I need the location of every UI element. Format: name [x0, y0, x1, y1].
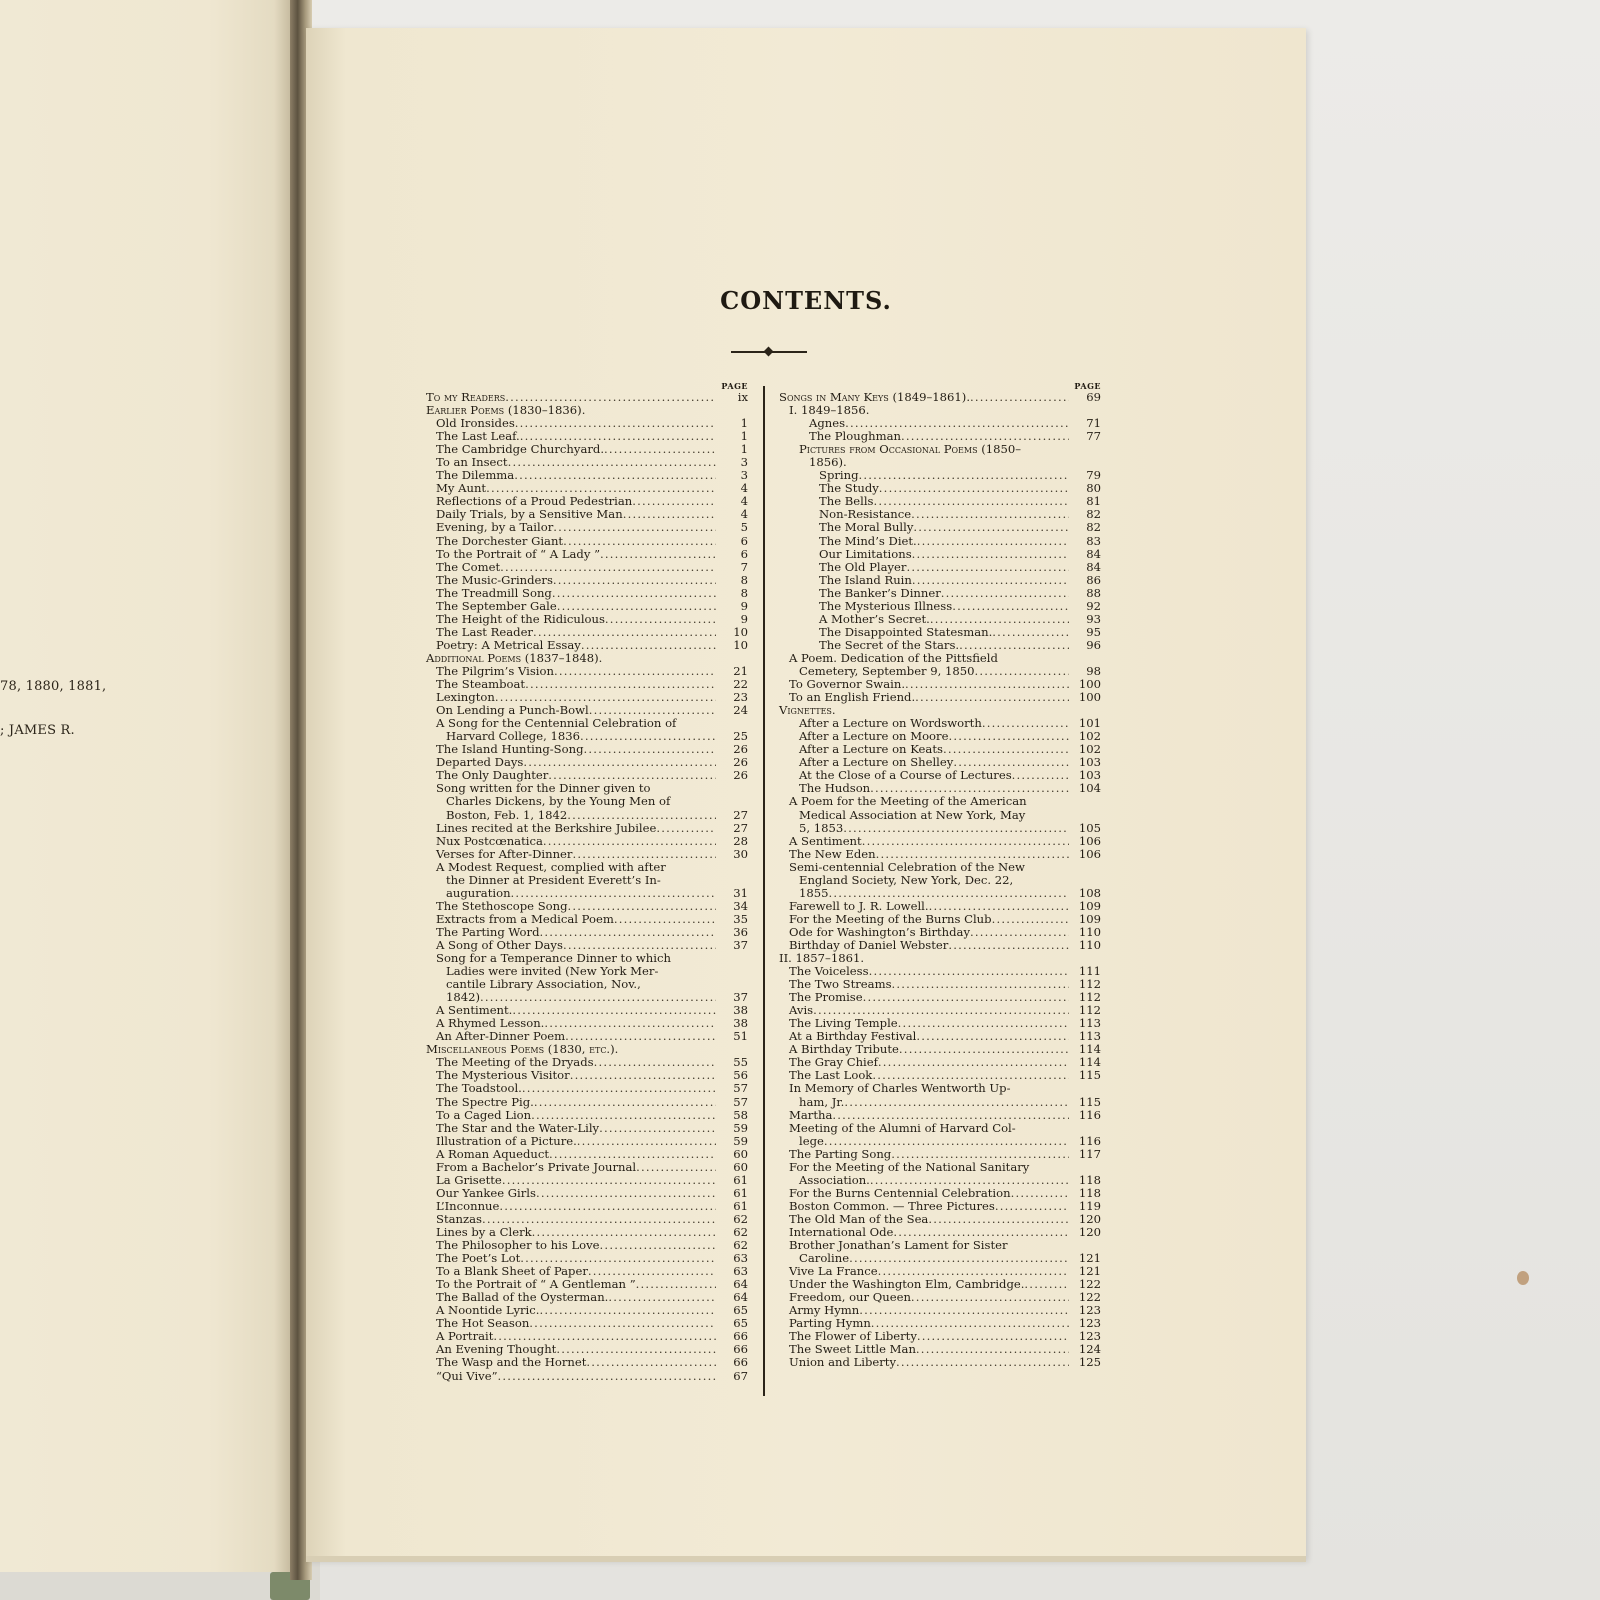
toc-entry-title: The Pilgrim’s Vision — [436, 664, 554, 678]
toc-entry-title: Boston, Feb. 1, 1842 — [446, 808, 567, 822]
toc-page-number: 69 — [1069, 391, 1101, 404]
toc-entry-title: Song written for the Dinner given to — [436, 781, 651, 795]
dot-leader: ........................................… — [600, 1239, 716, 1252]
toc-entry-title: 5, 1853 — [799, 821, 843, 835]
toc-entry-title: Charles Dickens, by the Young Men of — [446, 794, 670, 808]
dot-leader: ........................................… — [480, 991, 716, 1004]
dot-leader: ........................................… — [899, 1043, 1069, 1056]
toc-entry-title: An After-Dinner Poem — [436, 1029, 565, 1043]
toc-entry-title: Old Ironsides — [436, 416, 515, 430]
dot-leader: ........................................… — [539, 1304, 716, 1317]
toc-page-number: 58 — [716, 1109, 748, 1122]
toc-page-number: 110 — [1069, 926, 1101, 939]
dot-leader: ........................................… — [862, 835, 1069, 848]
toc-page-number: 31 — [716, 887, 748, 900]
dot-leader: ........................................… — [916, 1030, 1069, 1043]
toc-entry-title: Daily Trials, by a Sensitive Man — [436, 507, 623, 521]
toc-page-number: 83 — [1069, 535, 1101, 548]
toc-page-number: 27 — [716, 822, 748, 835]
dot-leader: ........................................… — [534, 1096, 716, 1109]
toc-entry-title: The Spectre Pig. — [436, 1095, 534, 1109]
toc-page-number: 84 — [1069, 548, 1101, 561]
dot-leader: ........................................… — [623, 508, 716, 521]
dot-leader: ........................................… — [604, 443, 716, 456]
dot-leader: ........................................… — [570, 1069, 716, 1082]
dot-leader: ........................................… — [594, 1056, 716, 1069]
toc-page-number: 104 — [1069, 782, 1101, 795]
toc-entry-title: A Modest Request, complied with after — [436, 860, 666, 874]
toc-entry-title: To a Blank Sheet of Paper — [436, 1264, 588, 1278]
dot-leader: ........................................… — [843, 822, 1069, 835]
toc-entry-title: Song for a Temperance Dinner to which — [436, 951, 671, 965]
dot-leader: ........................................… — [552, 587, 716, 600]
toc-entry-title: Vive La France — [789, 1264, 878, 1278]
dot-leader: ........................................… — [508, 456, 716, 469]
toc-entry-title: Songs in Many Keys (1849–1861). — [779, 390, 970, 404]
toc-page-number: 30 — [716, 848, 748, 861]
toc-entry-title: The Two Streams — [789, 977, 892, 991]
toc-entry-title: The Star and the Water-Lily — [436, 1121, 599, 1135]
dot-leader: ........................................… — [515, 417, 716, 430]
toc-page-number: 119 — [1069, 1200, 1101, 1213]
dot-leader: ........................................… — [943, 743, 1069, 756]
toc-entry-title: lege — [799, 1134, 824, 1148]
toc-page-number: 51 — [716, 1030, 748, 1043]
dot-leader: ........................................… — [915, 691, 1069, 704]
toc-page-number: 34 — [716, 900, 748, 913]
toc-entry-title: The Comet — [436, 560, 500, 574]
toc-page-number: 116 — [1069, 1135, 1101, 1148]
toc-entry-title: For the Meeting of the National Sanitary — [789, 1160, 1029, 1174]
toc-entry-title: Our Limitations — [819, 547, 912, 561]
toc-page-number: 28 — [716, 835, 748, 848]
toc-page-number: 66 — [716, 1356, 748, 1369]
toc-entry-title: The Mysterious Illness — [819, 599, 952, 613]
toc-entry-title: The Disappointed Statesman. — [819, 625, 992, 639]
toc-entry-title: A Mother’s Secret. — [819, 612, 930, 626]
toc-page-number: 8 — [716, 587, 748, 600]
dot-leader: ........................................… — [941, 587, 1069, 600]
dot-leader: ........................................… — [498, 1370, 716, 1383]
toc-page-number: 60 — [716, 1148, 748, 1161]
toc-entry-title: The Last Leaf. — [436, 429, 520, 443]
dot-leader: ........................................… — [514, 469, 716, 482]
toc-entry-title: A Noontide Lyric. — [436, 1303, 539, 1317]
toc-entry-title: Agnes — [809, 416, 845, 430]
dot-leader: ........................................… — [917, 1330, 1069, 1343]
toc-entry-title: The Ballad of the Oysterman. — [436, 1290, 608, 1304]
toc-entry-title: A Sentiment — [789, 834, 862, 848]
toc-entry-title: Parting Hymn — [789, 1316, 871, 1330]
toc-entry-title: In Memory of Charles Wentworth Up- — [789, 1081, 1011, 1095]
toc-entry-title: The Music-Grinders — [436, 573, 553, 587]
toc-entry-title: Brother Jonathan’s Lament for Sister — [789, 1238, 1008, 1252]
toc-entry-title: The Poet’s Lot — [436, 1251, 520, 1265]
toc-entry-title: Medical Association at New York, May — [799, 808, 1025, 822]
dot-leader: ........................................… — [584, 743, 717, 756]
toc-page-number: 120 — [1069, 1226, 1101, 1239]
toc-page-number: 115 — [1069, 1069, 1101, 1082]
toc-entry-title: For the Meeting of the Burns Club — [789, 912, 992, 926]
toc-entry-title: The Philosopher to his Love — [436, 1238, 600, 1252]
dot-leader: ........................................… — [948, 730, 1069, 743]
toc-page-number: 24 — [716, 704, 748, 717]
dot-leader: ........................................… — [916, 1343, 1069, 1356]
toc-page-number: 9 — [716, 613, 748, 626]
toc-entry-title: Nux Postcœnatica — [436, 834, 543, 848]
dot-leader: ........................................… — [586, 1356, 716, 1369]
dot-leader: ........................................… — [614, 913, 716, 926]
toc-entry-title: After a Lecture on Moore — [799, 729, 948, 743]
dot-leader: ........................................… — [905, 678, 1069, 691]
dot-leader: ........................................… — [911, 1291, 1069, 1304]
toc-page-number: 82 — [1069, 521, 1101, 534]
toc-entry-title: The Mind’s Diet. — [819, 534, 917, 548]
toc-entry-title: Evening, by a Tailor — [436, 520, 553, 534]
dot-leader: ........................................… — [1024, 1278, 1069, 1291]
toc-entry-title: The Dorchester Giant — [436, 534, 563, 548]
toc-entry-title: The Wasp and the Hornet — [436, 1355, 586, 1369]
toc-entry-title: Caroline — [799, 1251, 849, 1265]
dot-leader: ........................................… — [529, 1317, 716, 1330]
toc-entry-title: Ode for Washington’s Birthday — [789, 925, 970, 939]
dot-leader: ........................................… — [608, 1291, 716, 1304]
toc-entry-title: A Portrait — [436, 1329, 493, 1343]
dot-leader: ........................................… — [912, 548, 1069, 561]
dot-leader: ........................................… — [636, 1278, 716, 1291]
dot-leader: ........................................… — [1011, 1187, 1069, 1200]
dot-leader: ........................................… — [525, 678, 716, 691]
toc-page-number: 106 — [1069, 835, 1101, 848]
toc-page-number: 37 — [716, 939, 748, 952]
toc-entry-title: On Lending a Punch-Bowl — [436, 703, 589, 717]
toc-entry-title: Lines by a Clerk — [436, 1225, 532, 1239]
toc-page-number: 6 — [716, 548, 748, 561]
dot-leader: ........................................… — [849, 1252, 1069, 1265]
toc-entry-title: The Last Reader — [436, 625, 533, 639]
toc-entry-title: The Toadstool. — [436, 1081, 522, 1095]
page-title: CONTENTS. — [306, 286, 1306, 315]
toc-entry-title: After a Lecture on Shelley — [799, 755, 953, 769]
toc-entry-title: Our Yankee Girls — [436, 1186, 536, 1200]
toc-page-number: 86 — [1069, 574, 1101, 587]
dot-leader: ........................................… — [952, 600, 1069, 613]
toc-entry-title: The New Eden — [789, 847, 876, 861]
toc-page-number: 59 — [716, 1122, 748, 1135]
dot-leader: ........................................… — [600, 548, 716, 561]
toc-page-number: 27 — [716, 809, 748, 822]
toc-entry-title: The Banker’s Dinner — [819, 586, 941, 600]
toc-page-number: 10 — [716, 639, 748, 652]
toc-entry-title: the Dinner at President Everett’s In- — [446, 873, 661, 887]
dot-leader: ........................................… — [906, 561, 1069, 574]
toc-page-number: 6 — [716, 535, 748, 548]
dot-leader: ........................................… — [898, 1017, 1069, 1030]
dot-leader: ........................................… — [844, 1096, 1069, 1109]
contents-page: CONTENTS. PAGE To my Readers ...........… — [306, 28, 1306, 1560]
dot-leader: ........................................… — [499, 1200, 716, 1213]
toc-entry: “Qui Vive” .............................… — [426, 1370, 748, 1383]
contents-right-column: PAGE Songs in Many Keys (1849–1861). ...… — [779, 380, 1101, 1370]
toc-entry-title: II. 1857–1861. — [779, 951, 864, 965]
dot-leader: ........................................… — [896, 1356, 1069, 1369]
toc-entry-title: After a Lecture on Wordsworth — [799, 716, 982, 730]
toc-entry-title: The Steamboat — [436, 677, 525, 691]
toc-entry-title: The Study — [819, 481, 879, 495]
dot-leader: ........................................… — [863, 991, 1069, 1004]
toc-entry-title: The Parting Song — [789, 1147, 891, 1161]
dot-leader: ........................................… — [599, 1122, 716, 1135]
toc-page-number: 109 — [1069, 900, 1101, 913]
dot-leader: ........................................… — [992, 913, 1069, 926]
toc-entry-title: At a Birthday Festival — [789, 1029, 916, 1043]
dot-leader: ........................................… — [995, 1200, 1069, 1213]
dot-leader: ........................................… — [544, 1017, 716, 1030]
dot-leader: ........................................… — [554, 665, 716, 678]
toc-entry-title: Birthday of Daniel Webster — [789, 938, 948, 952]
toc-entry-title: Cemetery, September 9, 1850 — [799, 664, 975, 678]
toc-page-number: 57 — [716, 1082, 748, 1095]
dot-leader: ........................................… — [992, 626, 1069, 639]
toc-entry-title: A Song of Other Days — [436, 938, 563, 952]
toc-entry: Union and Liberty ......................… — [779, 1356, 1101, 1369]
toc-entry: The Promise ............................… — [779, 991, 1101, 1004]
toc-entry-title: The Height of the Ridiculous — [436, 612, 605, 626]
toc-entry-title: International Ode — [789, 1225, 893, 1239]
toc-entry-title: Army Hymn — [789, 1303, 859, 1317]
toc-entry: Meeting of the Alumni of Harvard Col- — [779, 1122, 1101, 1135]
toc-page-number: 61 — [716, 1187, 748, 1200]
foxing-stain — [1517, 1271, 1529, 1285]
toc-entry-title: Semi-centennial Celebration of the New — [789, 860, 1025, 874]
toc-entry-title: An Evening Thought — [436, 1342, 556, 1356]
toc-entry-title: The Voiceless — [789, 964, 869, 978]
toc-page-number: 59 — [716, 1135, 748, 1148]
toc-entry-title: A Sentiment. — [436, 1003, 512, 1017]
toc-entry-title: The Hot Season — [436, 1316, 529, 1330]
toc-page-number: 36 — [716, 926, 748, 939]
dot-leader: ........................................… — [577, 1135, 716, 1148]
toc-page-number: 60 — [716, 1161, 748, 1174]
toc-entry-title: The Old Player — [819, 560, 906, 574]
toc-entry-title: Extracts from a Medical Poem — [436, 912, 614, 926]
toc-entry-title: Boston Common. — Three Pictures — [789, 1199, 995, 1213]
toc-page-number: 57 — [716, 1096, 748, 1109]
toc-entry-title: To an Insect — [436, 455, 508, 469]
toc-entry-title: To a Caged Lion — [436, 1108, 531, 1122]
toc-entry-title: ham, Jr. — [799, 1095, 844, 1109]
toc-entry-title: The Parting Word — [436, 925, 540, 939]
toc-entry-title: The Mysterious Visitor — [436, 1068, 570, 1082]
toc-entry-title: To my Readers — [426, 390, 505, 404]
ornament-rule-icon — [731, 346, 807, 358]
left-page-fragment: ; JAMES R. — [0, 723, 75, 738]
toc-page-number: 125 — [1069, 1356, 1101, 1369]
toc-page-number: 109 — [1069, 913, 1101, 926]
toc-entry-title: Illustration of a Picture. — [436, 1134, 577, 1148]
dot-leader: ........................................… — [540, 926, 717, 939]
dot-leader: ........................................… — [580, 730, 716, 743]
dot-leader: ........................................… — [523, 756, 716, 769]
dot-leader: ........................................… — [632, 495, 716, 508]
toc-entry-title: To the Portrait of “ A Gentleman ” — [436, 1277, 636, 1291]
toc-entry-title: After a Lecture on Keats — [799, 742, 943, 756]
toc-entry-title: Harvard College, 1836 — [446, 729, 580, 743]
toc-page-number: 118 — [1069, 1187, 1101, 1200]
toc-entry-title: A Poem for the Meeting of the American — [789, 794, 1027, 808]
toc-entry-title: The September Gale — [436, 599, 557, 613]
toc-entry-title: The Island Hunting-Song — [436, 742, 584, 756]
toc-entry-title: The Hudson — [799, 781, 870, 795]
toc-entry-title: Meeting of the Alumni of Harvard Col- — [789, 1121, 1016, 1135]
toc-entry-title: The Living Temple — [789, 1016, 898, 1030]
toc-page-number: 100 — [1069, 691, 1101, 704]
toc-entry-title: Additional Poems (1837–1848). — [426, 651, 602, 665]
toc-entry-title: A Roman Aqueduct — [436, 1147, 549, 1161]
dot-leader: ........................................… — [656, 822, 716, 835]
contents-left-column: PAGE To my Readers .....................… — [426, 380, 748, 1383]
dot-leader: ........................................… — [928, 1213, 1069, 1226]
dot-leader: ........................................… — [982, 717, 1069, 730]
toc-page-number: 117 — [1069, 1148, 1101, 1161]
dot-leader: ........................................… — [536, 1187, 716, 1200]
toc-page-number: 77 — [1069, 430, 1101, 443]
toc-page-number: 7 — [716, 561, 748, 574]
toc-entry-title: Vignettes. — [779, 703, 836, 717]
toc-entry-title: The Ploughman — [809, 429, 901, 443]
toc-entry-title: The Only Daughter — [436, 768, 548, 782]
left-page-fragment: 78, 1880, 1881, — [0, 679, 106, 694]
toc-page-number: 8 — [716, 574, 748, 587]
toc-entry-title: The Dilemma — [436, 468, 514, 482]
toc-entry-title: The Moral Bully — [819, 520, 913, 534]
toc-entry-title: To an English Friend. — [789, 690, 915, 704]
toc-page-number: 10 — [716, 626, 748, 639]
dot-leader: ........................................… — [913, 521, 1069, 534]
toc-entry-title: Stanzas — [436, 1212, 482, 1226]
toc-entry-title: Lines recited at the Berkshire Jubilee — [436, 821, 656, 835]
toc-page-number: 26 — [716, 769, 748, 782]
toc-entry-title: The Stethoscope Song — [436, 899, 568, 913]
toc-entry-title: A Poem. Dedication of the Pittsfield — [789, 651, 998, 665]
toc-page-number: 110 — [1069, 939, 1101, 952]
toc-entry-title: The Meeting of the Dryads — [436, 1055, 594, 1069]
toc-entry-title: Martha — [789, 1108, 832, 1122]
toc-entry-title: 1842) — [446, 990, 480, 1004]
toc-entry-title: My Aunt — [436, 481, 486, 495]
toc-entry-title: The Gray Chief — [789, 1055, 878, 1069]
dot-leader: ........................................… — [522, 1082, 716, 1095]
toc-entry-title: Avis — [789, 1003, 813, 1017]
toc-entry-title: A Rhymed Lesson. — [436, 1016, 544, 1030]
toc-page-number: 92 — [1069, 600, 1101, 613]
toc-entry-title: “Qui Vive” — [436, 1369, 498, 1383]
toc-entry-title: Farewell to J. R. Lowell. — [789, 899, 929, 913]
dot-leader: ........................................… — [859, 1304, 1069, 1317]
toc-page-number: 118 — [1069, 1174, 1101, 1187]
toc-page-number: 84 — [1069, 561, 1101, 574]
toc-page-number: 61 — [716, 1174, 748, 1187]
toc-entry-title: The Flower of Liberty — [789, 1329, 917, 1343]
toc-entry-title: Earlier Poems (1830–1836). — [426, 403, 585, 417]
dot-leader: ........................................… — [636, 1161, 716, 1174]
dot-leader: ........................................… — [879, 482, 1069, 495]
toc-entry-title: Freedom, our Queen — [789, 1290, 911, 1304]
toc-entry-title: The Secret of the Stars. — [819, 638, 959, 652]
toc-entry-title: The Last Look — [789, 1068, 872, 1082]
toc-entry-title: The Promise — [789, 990, 863, 1004]
toc-entry-title: The Old Man of the Sea — [789, 1212, 928, 1226]
dot-leader: ........................................… — [1012, 769, 1069, 782]
dot-leader: ........................................… — [553, 521, 716, 534]
toc-entry-title: England Society, New York, Dec. 22, — [799, 873, 1013, 887]
dot-leader: ........................................… — [892, 978, 1069, 991]
dot-leader: ........................................… — [605, 613, 716, 626]
dot-leader: ........................................… — [869, 965, 1069, 978]
toc-page-number: 105 — [1069, 822, 1101, 835]
toc-page-number: 96 — [1069, 639, 1101, 652]
toc-page-number: 88 — [1069, 587, 1101, 600]
toc-entry-title: The Island Ruin — [819, 573, 912, 587]
toc-entry-title: cantile Library Association, Nov., — [446, 977, 641, 991]
dot-leader: ........................................… — [553, 574, 716, 587]
toc-entry-title: Ladies were invited (New York Mer- — [446, 964, 658, 978]
toc-page-number: 61 — [716, 1200, 748, 1213]
dot-leader: ........................................… — [911, 508, 1069, 521]
toc-entry-title: To the Portrait of “ A Lady ” — [436, 547, 600, 561]
toc-page-number: 108 — [1069, 887, 1101, 900]
toc-entry-title: The Cambridge Churchyard. — [436, 442, 604, 456]
toc-entry-title: A Birthday Tribute — [789, 1042, 899, 1056]
toc-entry-title: The Treadmill Song — [436, 586, 552, 600]
toc-entry-title: Non-Resistance — [819, 507, 911, 521]
toc-entry-title: Association. — [799, 1173, 870, 1187]
toc-entry-title: Reflections of a Proud Pedestrian — [436, 494, 632, 508]
toc-page-number: 5 — [716, 521, 748, 534]
toc-entry-title: Union and Liberty — [789, 1355, 896, 1369]
toc-page-number: 115 — [1069, 1096, 1101, 1109]
toc-page-number: 116 — [1069, 1109, 1101, 1122]
dot-leader: ........................................… — [859, 469, 1069, 482]
toc-entry-title: Departed Days — [436, 755, 523, 769]
toc-entry-title: L’Inconnue — [436, 1199, 499, 1213]
dot-leader: ........................................… — [970, 391, 1069, 404]
toc-entry-title: Pictures from Occasional Poems (1850– — [799, 442, 1021, 456]
toc-entry-title: auguration — [446, 886, 511, 900]
toc-page-number: 9 — [716, 600, 748, 613]
dot-leader: ........................................… — [948, 939, 1069, 952]
toc-entry-title: Spring — [819, 468, 859, 482]
toc-entry-title: 1856). — [809, 455, 847, 469]
dot-leader: ........................................… — [878, 1056, 1069, 1069]
dot-leader: ........................................… — [970, 926, 1069, 939]
toc-entry-title: La Grisette — [436, 1173, 502, 1187]
toc-entry-title: The Sweet Little Man — [789, 1342, 916, 1356]
toc-entry-title: Lexington — [436, 690, 495, 704]
dot-leader: ........................................… — [975, 665, 1069, 678]
toc-entry-title: Miscellaneous Poems (1830, etc.). — [426, 1042, 618, 1056]
toc-entry-title: The Bells — [819, 494, 874, 508]
toc-page-number: ix — [716, 391, 748, 404]
toc-entry-title: From a Bachelor’s Private Journal — [436, 1160, 636, 1174]
left-page: 78, 1880, 1881, ; JAMES R. — [0, 0, 298, 1572]
toc-page-number: 35 — [716, 913, 748, 926]
toc-entry-title: A Song for the Centennial Celebration of — [436, 716, 676, 730]
toc-page-number: 95 — [1069, 626, 1101, 639]
toc-page-number: 93 — [1069, 613, 1101, 626]
toc-entry-title: To Governor Swain. — [789, 677, 905, 691]
toc-entry-title: Verses for After-Dinner — [436, 847, 572, 861]
